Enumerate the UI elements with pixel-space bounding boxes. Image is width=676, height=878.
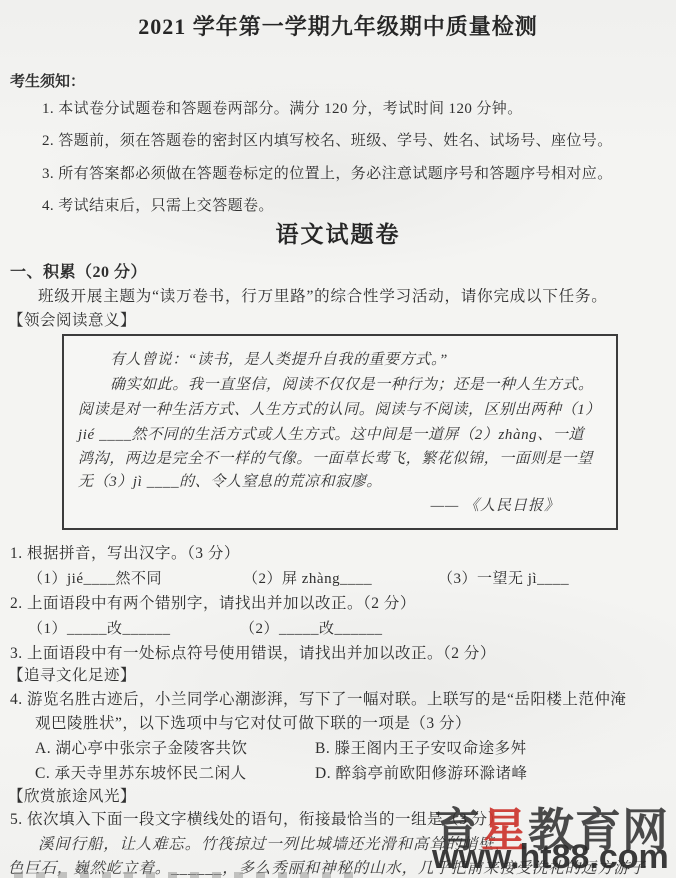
section-1-intro: 班级开展主题为“读万卷书，行万里路”的综合性学习活动，请你完成以下任务。 [38, 284, 608, 306]
paper-title: 语文试题卷 [0, 216, 676, 249]
question-2-sub-1: （1）_____改______ [28, 617, 171, 638]
question-4-option-a: A. 湖心亭中张宗子金陵客共饮 [35, 736, 247, 758]
quote-line: 确实如此。我一直坚信，阅读不仅仅是一种行为；还是一种人生方式。 [110, 373, 594, 394]
section-1-heading: 一、积累（20 分） [10, 259, 147, 282]
quote-line: 无（3）jì ____的、令人窒息的荒凉和寂廖。 [78, 470, 382, 491]
quote-passage-box: 有人曾说：“读书，是人类提升自我的重要方式。” 确实如此。我一直坚信，阅读不仅仅… [62, 334, 618, 530]
question-5: 5. 依次填入下面一段文字横线处的语句，衔接最恰当的一组是（3 分） [10, 807, 504, 829]
question-4-line-2: 观巴陵胜状”，以下选项中与它对仗可做下联的一项是（3 分） [35, 711, 471, 733]
notice-item-2: 2. 答题前，须在答题卷的密封区内填写校名、班级、学号、姓名、试场号、座位号。 [42, 129, 613, 150]
question-2-sub-2: （2）_____改______ [240, 617, 383, 638]
question-4-option-c: C. 承天寺里苏东坡怀民二闲人 [35, 761, 247, 783]
notice-item-1: 1. 本试卷分试题卷和答题卷两部分。满分 120 分，考试时间 120 分钟。 [42, 97, 523, 118]
question-1-sub-2: （2）屏 zhàng____ [243, 567, 372, 588]
question-1-sub-1: （1）jié____然不同 [28, 567, 162, 588]
tag-reading-meaning: 【领会阅读意义】 [8, 308, 136, 330]
question-4-option-d: D. 醉翁亭前欧阳修游环滁诸峰 [315, 761, 527, 783]
notice-item-4: 4. 考试结束后，只需上交答题卷。 [42, 194, 274, 215]
tag-journey-scenery: 【欣赏旅途风光】 [8, 784, 136, 806]
exam-title: 2021 学年第一学期九年级期中质量检测 [0, 10, 676, 41]
question-2: 2. 上面语段中有两个错别字，请找出并加以改正。（2 分） [10, 591, 416, 613]
quote-line: 有人曾说：“读书，是人类提升自我的重要方式。” [110, 348, 448, 369]
quote-line: 鸿沟，两边是完全不一样的气像。一面草长莺飞，繁花似锦，一面则是一望 [78, 447, 593, 468]
question-1-sub-3: （3）一望无 jì____ [438, 567, 569, 588]
quote-line: 阅读是对一种生活方式、人生方式的认同。阅读与不阅读，区别出两种（1） [78, 398, 601, 419]
question-3: 3. 上面语段中有一处标点符号使用错误，请找出并加以改正。（2 分） [10, 641, 496, 663]
watermark-url: www.ht88.com [432, 838, 669, 877]
question-1: 1. 根据拼音，写出汉字。（3 分） [10, 541, 240, 563]
clipped-text-line [14, 872, 354, 878]
notice-item-3: 3. 所有答案都必须做在答题卷标定的位置上，务必注意试题序号和答题序号相对应。 [42, 162, 613, 183]
question-4-line-1: 4. 游览名胜古迹后，小兰同学心潮澎湃，写下了一幅对联。上联写的是“岳阳楼上范仲… [10, 687, 626, 709]
notice-heading: 考生须知： [10, 70, 85, 91]
tag-culture-footprint: 【追寻文化足迹】 [8, 663, 136, 685]
quote-attribution: —— 《人民日报》 [431, 494, 560, 515]
quote-line: jié ____然不同的生活方式或人生方式。这中间是一道屏（2）zhàng、一道 [78, 423, 584, 444]
question-4-option-b: B. 滕王阁内王子安叹命途多舛 [315, 736, 527, 758]
